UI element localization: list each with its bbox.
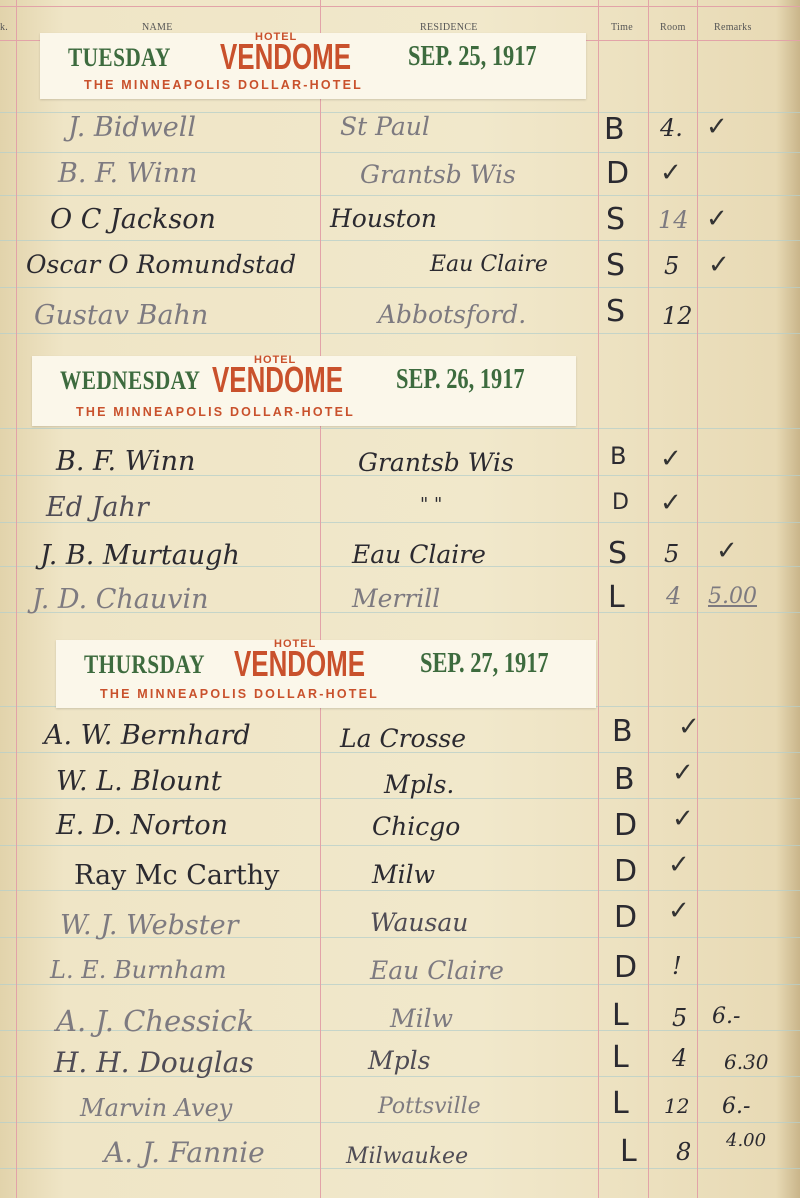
- time-code: L: [608, 580, 625, 615]
- column-rule: [598, 0, 599, 1198]
- room-number: 14: [658, 206, 689, 234]
- column-header-room: Room: [660, 22, 686, 33]
- column-header-time: Time: [611, 22, 633, 33]
- room-number: 4: [666, 582, 681, 610]
- time-code: D: [614, 808, 637, 843]
- checkmark-icon: ✓: [708, 250, 730, 280]
- checkmark-icon: ✓: [668, 896, 690, 926]
- banner-brand: VENDOME: [234, 646, 365, 682]
- checkmark-icon: ✓: [678, 712, 700, 742]
- time-code: L: [612, 1086, 629, 1121]
- time-code: B: [612, 714, 633, 749]
- time-code: D: [606, 156, 629, 191]
- guest-residence: Houston: [330, 204, 437, 233]
- guest-residence: Pottsville: [378, 1094, 481, 1119]
- checkmark-icon: ✓: [660, 488, 682, 518]
- time-code: B: [610, 442, 626, 470]
- guest-name: E. D. Norton: [56, 810, 228, 841]
- column-rule: [697, 0, 698, 1198]
- rule: [0, 333, 800, 334]
- guest-residence: " ": [420, 494, 442, 515]
- guest-name: O C Jackson: [50, 204, 216, 235]
- checkmark-icon: ✓: [706, 204, 728, 234]
- checkmark-icon: ✓: [672, 758, 694, 788]
- rule: [0, 428, 800, 429]
- guest-name: J. Bidwell: [68, 112, 196, 143]
- guest-residence: Merrill: [352, 584, 440, 613]
- guest-name: A. J. Fannie: [104, 1136, 265, 1169]
- time-code: D: [614, 950, 637, 985]
- time-code: D: [614, 854, 637, 889]
- remarks-amount: 4.00: [726, 1130, 766, 1151]
- guest-name: J. D. Chauvin: [32, 584, 209, 615]
- guest-name: W. J. Webster: [60, 910, 239, 941]
- hotel-register-page: k. NAME RESIDENCE Time Room Remarks TUES…: [0, 0, 800, 1198]
- guest-name: B. F. Winn: [58, 158, 197, 189]
- guest-name: H. H. Douglas: [54, 1046, 254, 1079]
- guest-residence: Grantsb Wis: [358, 448, 514, 477]
- column-rule: [16, 0, 17, 1198]
- remarks-amount: 6.-: [712, 1004, 740, 1029]
- time-code: S: [608, 536, 627, 571]
- checkmark-icon: ✓: [660, 158, 682, 188]
- time-code: B: [614, 762, 635, 797]
- checkmark-icon: ✓: [706, 112, 728, 142]
- guest-name: L. E. Burnham: [50, 956, 227, 984]
- remarks-amount: 6.30: [724, 1050, 769, 1074]
- column-header-check: k.: [0, 22, 8, 33]
- guest-residence: Eau Claire: [430, 252, 548, 277]
- column-rule: [320, 0, 321, 1198]
- column-header-residence: RESIDENCE: [420, 22, 478, 33]
- guest-name: Gustav Bahn: [34, 300, 208, 331]
- time-code: L: [612, 998, 629, 1033]
- room-number: 5: [664, 252, 679, 280]
- banner-day: TUESDAY: [68, 43, 171, 73]
- guest-residence: Eau Claire: [352, 540, 486, 569]
- banner-subtitle: THE MINNEAPOLIS DOLLAR-HOTEL: [100, 687, 379, 701]
- rule: [0, 195, 800, 196]
- time-code: D: [614, 900, 637, 935]
- date-banner: THURSDAY HOTEL VENDOME SEP. 27, 1917 THE…: [56, 640, 596, 708]
- guest-name: Ray Mc Carthy: [74, 860, 279, 891]
- guest-residence: Abbotsford.: [378, 300, 526, 329]
- guest-name: B. F. Winn: [56, 446, 195, 477]
- rule: [0, 845, 800, 846]
- guest-name: Marvin Avey: [80, 1094, 232, 1122]
- guest-residence: Wausau: [370, 908, 468, 937]
- room-number: 5: [672, 1004, 687, 1032]
- remarks-amount: 5.00: [708, 584, 757, 609]
- guest-residence: Mpls: [368, 1046, 430, 1075]
- room-number: 8: [676, 1138, 691, 1166]
- date-banner: TUESDAY HOTEL VENDOME SEP. 25, 1917 THE …: [40, 33, 586, 99]
- guest-residence: Chicgo: [372, 812, 460, 841]
- rule: [0, 287, 800, 288]
- room-number: 4: [672, 1044, 687, 1072]
- checkmark-icon: ✓: [716, 536, 738, 566]
- banner-day: WEDNESDAY: [60, 366, 200, 396]
- guest-residence: Grantsb Wis: [360, 160, 516, 189]
- checkmark-icon: ✓: [668, 850, 690, 880]
- banner-brand: VENDOME: [220, 39, 351, 75]
- banner-subtitle: THE MINNEAPOLIS DOLLAR-HOTEL: [84, 78, 363, 92]
- time-code: D: [612, 490, 629, 515]
- banner-subtitle: THE MINNEAPOLIS DOLLAR-HOTEL: [76, 405, 355, 419]
- guest-residence: Eau Claire: [370, 956, 504, 985]
- checkmark-icon: ✓: [672, 804, 694, 834]
- guest-name: A. J. Chessick: [56, 1004, 254, 1038]
- guest-residence: Milw: [390, 1004, 453, 1033]
- column-rule: [648, 0, 649, 1198]
- time-code: S: [606, 248, 625, 283]
- banner-brand: VENDOME: [212, 362, 343, 398]
- guest-residence: Milw: [372, 860, 435, 889]
- rule: [0, 152, 800, 153]
- room-number: 5: [664, 540, 679, 568]
- room-number: 4.: [660, 114, 683, 142]
- time-code: B: [604, 112, 625, 147]
- guest-name: W. L. Blount: [56, 766, 222, 797]
- rule: [0, 1122, 800, 1123]
- top-rule: [0, 6, 800, 7]
- banner-date: SEP. 27, 1917: [420, 648, 549, 680]
- time-code: L: [612, 1040, 629, 1075]
- time-code: S: [606, 202, 625, 237]
- room-number: !: [672, 952, 682, 980]
- banner-date: SEP. 25, 1917: [408, 41, 537, 73]
- guest-residence: La Crosse: [340, 724, 466, 753]
- guest-name: A. W. Bernhard: [44, 720, 251, 751]
- guest-residence: Mpls.: [384, 770, 454, 799]
- room-number: 12: [662, 302, 693, 330]
- guest-name: J. B. Murtaugh: [40, 540, 240, 571]
- time-code: L: [620, 1134, 637, 1169]
- column-header-remarks: Remarks: [714, 22, 752, 33]
- guest-residence: St Paul: [340, 112, 430, 141]
- guest-name: Oscar O Romundstad: [26, 250, 296, 279]
- guest-residence: Milwaukee: [346, 1144, 468, 1169]
- guest-name: Ed Jahr: [46, 492, 149, 523]
- column-header-name: NAME: [142, 22, 173, 33]
- date-banner: WEDNESDAY HOTEL VENDOME SEP. 26, 1917 TH…: [32, 356, 576, 426]
- rule: [0, 240, 800, 241]
- banner-date: SEP. 26, 1917: [396, 364, 525, 396]
- remarks-amount: 6.-: [722, 1094, 750, 1119]
- time-code: S: [606, 294, 625, 329]
- banner-day: THURSDAY: [84, 650, 205, 680]
- checkmark-icon: ✓: [660, 444, 682, 474]
- room-number: 12: [664, 1094, 689, 1118]
